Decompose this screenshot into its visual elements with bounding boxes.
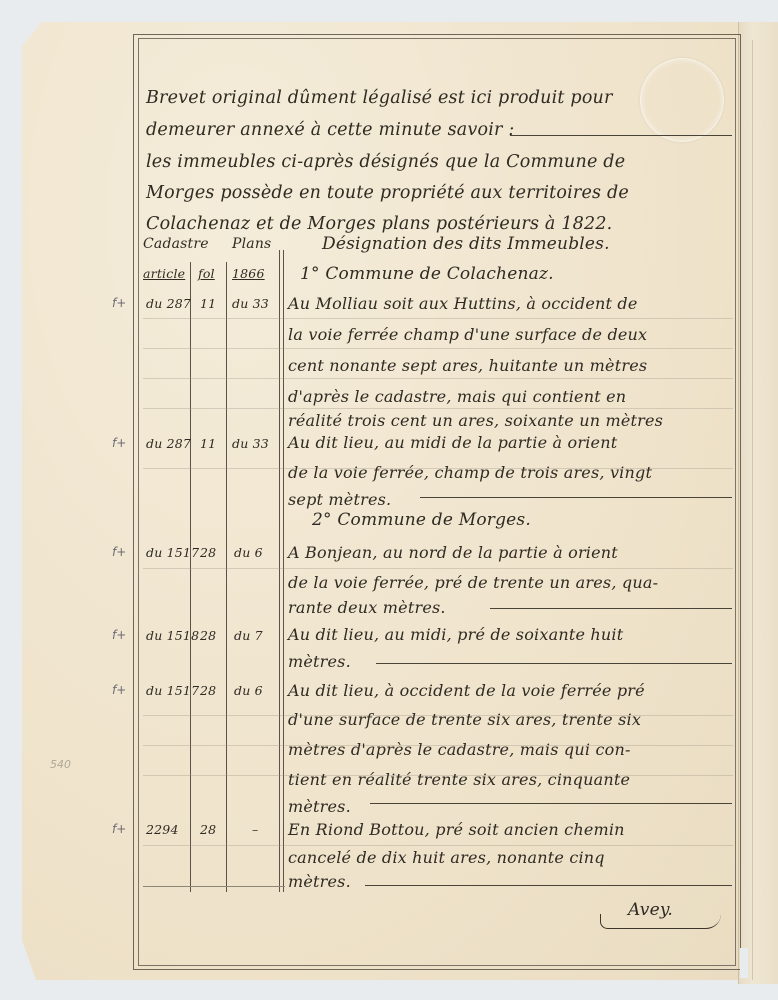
line-filler-rule [370,803,732,804]
adjacent-page-edge [738,22,778,984]
table-bottom-line [143,886,285,887]
entry-text-line: rante deux mètres. [288,598,446,617]
margin-mark: f+ [112,822,126,836]
cell-plan: du 6 [234,683,263,698]
entry-text-line: sept mètres. [288,490,391,509]
column-divider-plan-double [283,250,284,892]
signature-flourish [600,914,721,929]
cell-fol: 28 [200,683,216,698]
entry-text-line: Au dit lieu, à occident de la voie ferré… [288,681,645,700]
intro-line-4: Morges possède en toute propriété aux te… [146,183,629,203]
header-plans: Plans [232,236,271,252]
entry-text-line: En Riond Bottou, pré soit ancien chemin [288,820,625,839]
cell-fol: 11 [200,436,216,451]
cell-article: du 1518 [146,628,199,643]
entry-text-line: mètres. [288,652,351,671]
ruled-line [143,378,733,379]
header-fol: fol [198,266,215,281]
entry-text-line: Au dit lieu, au midi de la partie à orie… [288,433,617,452]
header-article: article [143,266,185,281]
entry-text-line: Au Molliau soit aux Huttins, à occident … [288,294,638,313]
margin-mark: f+ [112,545,126,559]
line-filler-rule [490,608,732,609]
margin-mark: f+ [112,296,126,310]
margin-mark: f+ [112,628,126,642]
header-cadastre: Cadastre [143,236,209,252]
line-filler-rule [420,497,732,498]
page-fold [752,40,753,980]
column-divider-plan [279,250,280,892]
section-heading-1: 1° Commune de Colachenaz. [300,264,554,284]
entry-text-line: mètres. [288,797,351,816]
entry-text-line: cancelé de dix huit ares, nonante cinq [288,848,605,867]
pencil-margin-note: 540 [50,758,71,771]
entry-text-line: d'une surface de trente six ares, trente… [288,710,641,729]
intro-line-1: Brevet original dûment légalisé est ici … [146,88,613,108]
entry-text-line: mètres. [288,872,351,891]
cell-plan: du 7 [234,628,263,643]
page-notch [740,948,748,978]
section-heading-2: 2° Commune de Morges. [312,510,531,530]
margin-mark: f+ [112,683,126,697]
cell-plan: du 33 [232,296,269,311]
column-divider-fol [226,262,227,892]
ruled-line [143,408,733,409]
cell-fol: 28 [200,822,216,837]
entry-text-line: Au dit lieu, au midi, pré de soixante hu… [288,625,623,644]
cell-plan: du 33 [232,436,269,451]
designation-title: Désignation des dits Immeubles. [322,234,610,254]
entry-text-line: de la voie ferrée, champ de trois ares, … [288,463,652,482]
entry-text-line: de la voie ferrée, pré de trente un ares… [288,573,658,592]
entry-text-line: A Bonjean, au nord de la partie à orient [288,543,618,562]
entry-text-line: réalité trois cent un ares, soixante un … [288,411,663,430]
entry-text-line: d'après le cadastre, mais qui contient e… [288,387,626,406]
header-plan-year: 1866 [232,266,265,281]
intro-line-2: demeurer annexé à cette minute savoir : [146,120,514,140]
embossed-seal-icon [640,58,724,142]
margin-mark: f+ [112,436,126,450]
intro-line-3: les immeubles ci-après désignés que la C… [146,152,625,172]
cell-plan: du 6 [234,545,263,560]
ruled-line [143,318,733,319]
line-filler-rule [510,135,732,136]
cell-article: du 1517 [146,683,199,698]
ruled-line [143,845,733,846]
cell-fol: 11 [200,296,216,311]
cell-article: du 1517 [146,545,199,560]
column-divider-article [190,262,191,892]
cell-article: du 287 [146,436,191,451]
entry-text-line: cent nonante sept ares, huitante un mètr… [288,356,647,375]
entry-text-line: tient en réalité trente six ares, cinqua… [288,770,630,789]
cell-fol: 28 [200,545,216,560]
ruled-line [143,348,733,349]
entry-text-line: la voie ferrée champ d'une surface de de… [288,325,647,344]
cell-article: 2294 [146,822,179,837]
intro-line-5: Colachenaz et de Morges plans postérieur… [146,214,612,234]
entry-text-line: mètres d'après le cadastre, mais qui con… [288,740,631,759]
line-filler-rule [376,663,732,664]
cell-fol: 28 [200,628,216,643]
cell-article: du 287 [146,296,191,311]
ruled-line [143,568,733,569]
line-filler-rule [365,885,732,886]
cell-plan: – [252,822,258,837]
